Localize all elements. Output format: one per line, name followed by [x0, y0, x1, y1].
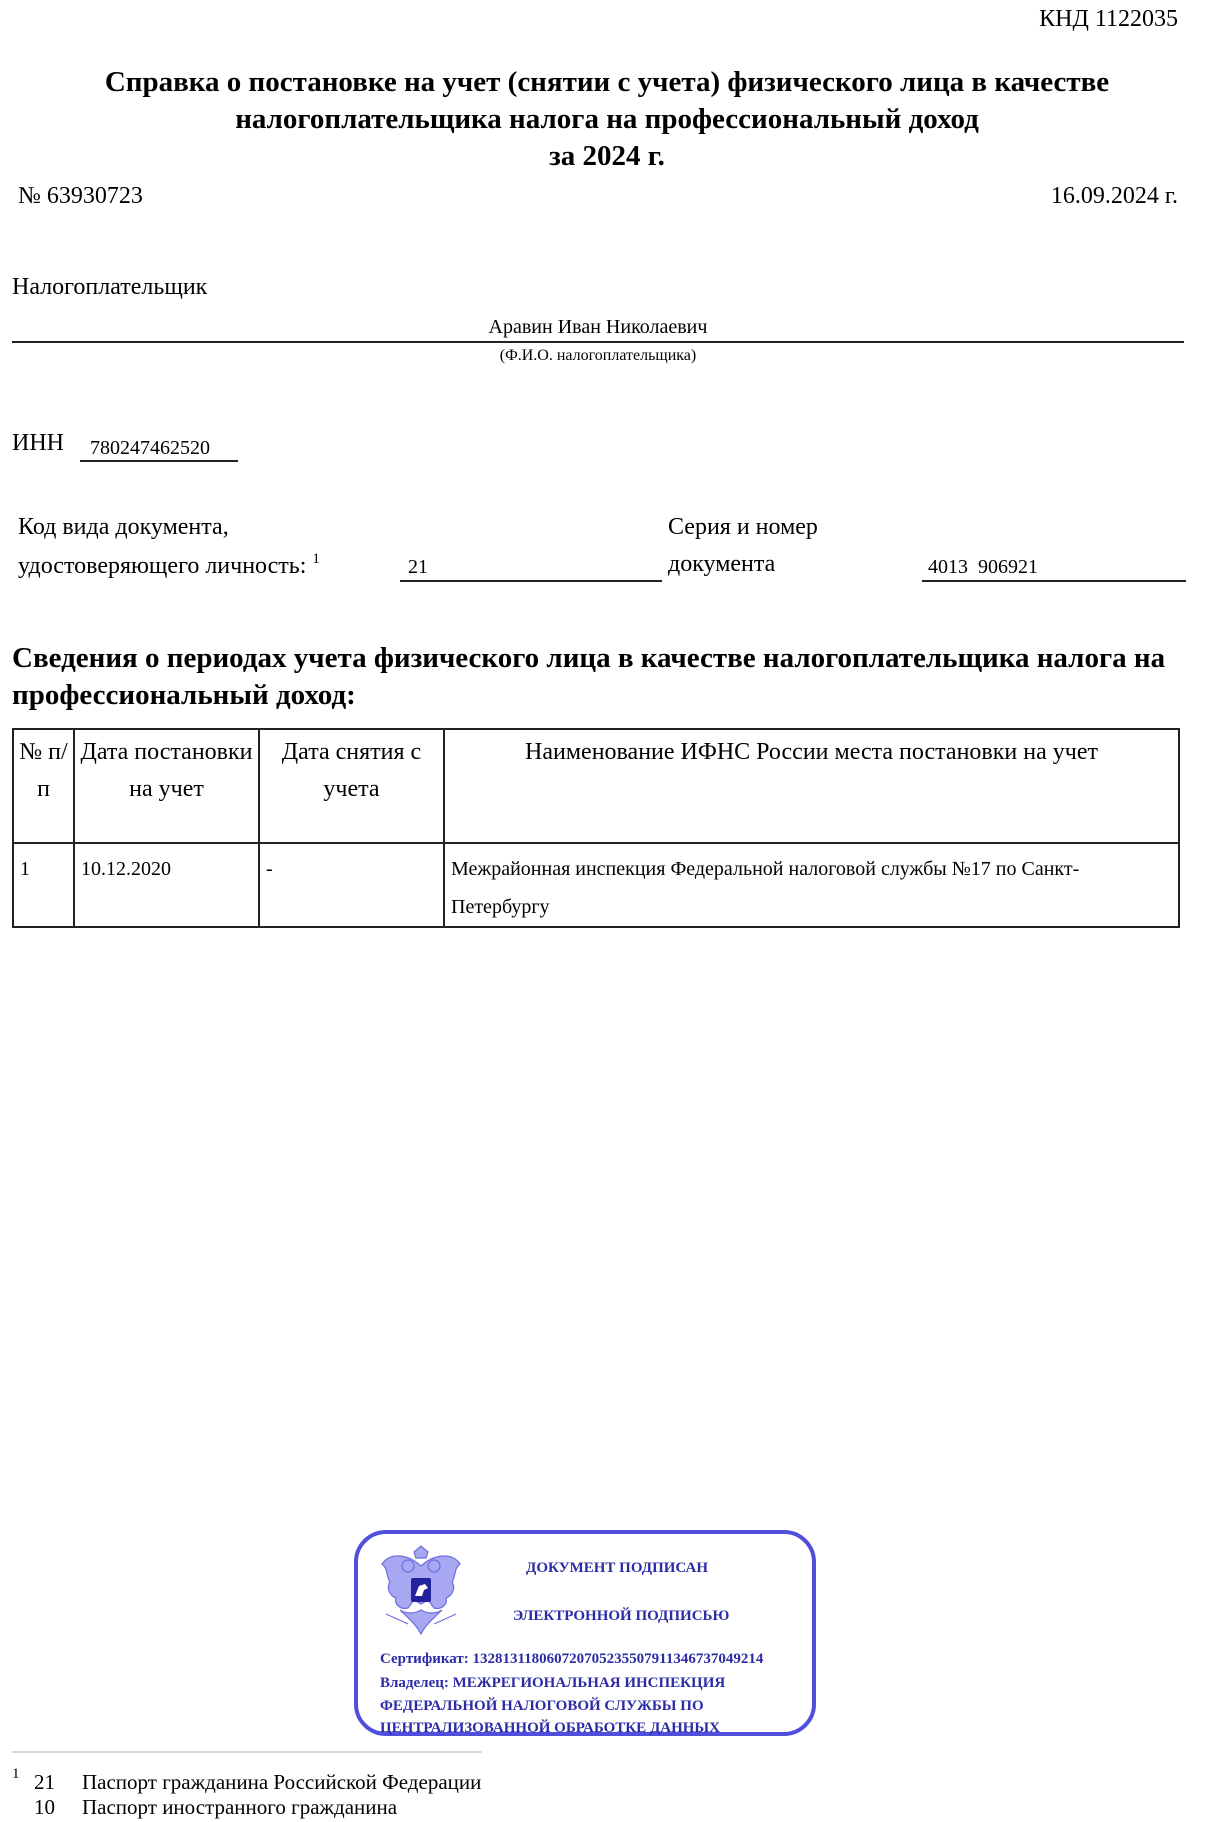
- id-document-code-label-line1: Код вида документа,: [18, 514, 229, 541]
- column-header-index: № п/п: [13, 729, 74, 843]
- column-header-deregistration-date: Дата снятия с учета: [259, 729, 444, 843]
- form-code: КНД 1122035: [1039, 6, 1178, 33]
- footnote-text: Паспорт гражданина Российской Федерации: [82, 1770, 481, 1795]
- footnote-code: 10: [34, 1795, 55, 1820]
- document-series-label-line1: Серия и номер: [668, 514, 818, 541]
- registration-periods-table: № п/п Дата постановки на учет Дата сняти…: [12, 728, 1180, 928]
- cell-index: 1: [13, 843, 74, 927]
- table-row: 1 10.12.2020 - Межрайонная инспекция Фед…: [13, 843, 1179, 927]
- column-header-registration-date: Дата постановки на учет: [74, 729, 259, 843]
- cell-registration-date: 10.12.2020: [74, 843, 259, 927]
- title-line-3: за 2024 г.: [0, 138, 1214, 175]
- cell-deregistration-date: -: [259, 843, 444, 927]
- footnote-mark: 1: [12, 1766, 20, 1783]
- footnote-divider: [12, 1751, 482, 1753]
- document-series-label-line2: документа: [668, 551, 775, 578]
- document-title: Справка о постановке на учет (снятии с у…: [0, 64, 1214, 175]
- footnote-code: 21: [34, 1770, 55, 1795]
- document-date: 16.09.2024 г.: [1051, 183, 1178, 210]
- electronic-signature-stamp: ДОКУМЕНТ ПОДПИСАН ЭЛЕКТРОННОЙ ПОДПИСЬЮ С…: [354, 1530, 816, 1736]
- stamp-heading-line1: ДОКУМЕНТ ПОДПИСАН: [526, 1560, 708, 1577]
- full-name-underline: [12, 341, 1184, 343]
- inn-value: 780247462520: [80, 436, 238, 462]
- title-line-2: налогоплательщика налога на профессионал…: [0, 101, 1214, 138]
- id-document-code-label-line2: удостоверяющего личность:1: [18, 551, 320, 580]
- title-line-1: Справка о постановке на учет (снятии с у…: [0, 64, 1214, 101]
- stamp-owner-line3: ЦЕНТРАЛИЗОВАННОЙ ОБРАБОТКЕ ДАННЫХ: [380, 1720, 720, 1737]
- document-series-number-value: 4013 906921: [922, 555, 1186, 582]
- id-document-code-label: удостоверяющего личность:: [18, 553, 306, 579]
- russian-coat-of-arms-icon: [378, 1544, 464, 1639]
- periods-section-title: Сведения о периодах учета физического ли…: [12, 640, 1202, 714]
- id-document-code-value: 21: [400, 555, 662, 582]
- stamp-owner-line2: ФЕДЕРАЛЬНОЙ НАЛОГОВОЙ СЛУЖБЫ ПО: [380, 1698, 704, 1715]
- footnote-reference: 1: [312, 551, 320, 567]
- taxpayer-label: Налогоплательщик: [12, 274, 207, 301]
- inn-label: ИНН: [12, 430, 64, 457]
- taxpayer-full-name: Аравин Иван Николаевич: [12, 316, 1184, 339]
- stamp-heading-line2: ЭЛЕКТРОННОЙ ПОДПИСЬЮ: [513, 1608, 729, 1625]
- stamp-certificate: Сертификат: 1328131180607207052355079113…: [380, 1651, 763, 1668]
- full-name-caption: (Ф.И.О. налогоплательщика): [12, 347, 1184, 365]
- table-header-row: № п/п Дата постановки на учет Дата сняти…: [13, 729, 1179, 843]
- footnote-text: Паспорт иностранного гражданина: [82, 1795, 397, 1820]
- cell-tax-office: Межрайонная инспекция Федеральной налого…: [444, 843, 1179, 927]
- column-header-tax-office: Наименование ИФНС России места постановк…: [444, 729, 1179, 843]
- stamp-owner-line1: Владелец: МЕЖРЕГИОНАЛЬНАЯ ИНСПЕКЦИЯ: [380, 1675, 725, 1692]
- document-number: № 63930723: [18, 183, 143, 210]
